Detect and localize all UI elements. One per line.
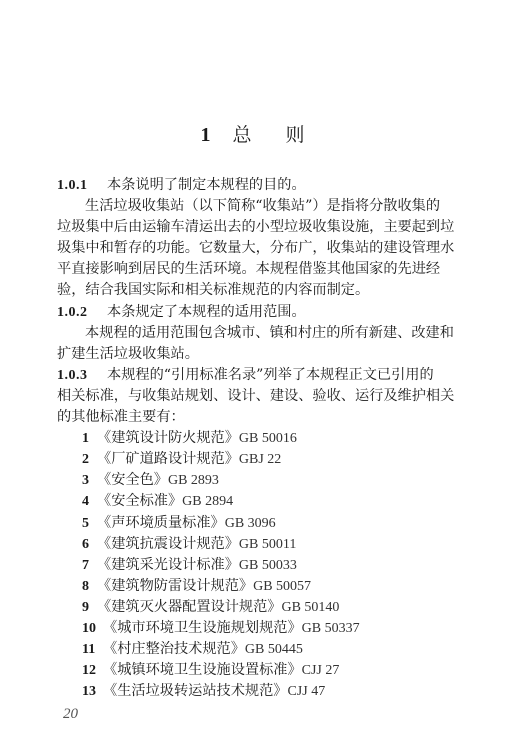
list-item: 10 《城市环境卫生设施规划规范》GB 50337: [57, 618, 449, 639]
list-item: 5 《声环境质量标准》GB 3096: [57, 513, 449, 534]
list-number: 6: [82, 534, 89, 555]
standard-title: 《城市环境卫生设施规划规范》: [103, 620, 302, 636]
document-page: 1总则 1.0.1本条说明了制定本规程的目的。 生活垃圾收集站（以下简称“收集站…: [0, 0, 505, 756]
standard-code: GB 3096: [225, 516, 276, 531]
standard-title: 《声环境质量标准》: [97, 515, 225, 531]
standard-title: 《建筑设计防火规范》: [97, 430, 239, 446]
list-number: 5: [82, 513, 89, 534]
standard-title: 《建筑物防雷设计规范》: [97, 578, 253, 594]
list-number: 4: [82, 491, 89, 512]
chapter-number: 1: [200, 124, 210, 146]
clause-number: 1.0.1: [57, 175, 107, 196]
paragraph-line: 相关标准，与收集站规划、设计、建设、验收、运行及维护相关: [57, 386, 449, 407]
standard-code: GBJ 22: [239, 452, 281, 467]
paragraph-line: 扩建生活垃圾收集站。: [57, 344, 449, 365]
clause-number: 1.0.2: [57, 302, 107, 323]
list-number: 11: [82, 639, 95, 660]
list-number: 3: [82, 470, 89, 491]
clause-heading-text: 本条说明了制定本规程的目的。: [107, 177, 306, 193]
list-item: 2 《厂矿道路设计规范》GBJ 22: [57, 449, 449, 470]
list-number: 12: [82, 660, 96, 681]
chapter-title-char-1: 总: [232, 124, 251, 146]
clause-heading: 1.0.2本条规定了本规程的适用范围。: [57, 302, 449, 323]
standard-title: 《村庄整治技术规范》: [103, 641, 245, 657]
list-number: 2: [82, 449, 89, 470]
paragraph-line: 平直接影响到居民的生活环境。本规程借鉴其他国家的先进经: [57, 259, 449, 280]
standard-code: GB 2893: [168, 473, 219, 488]
standard-title: 《建筑灭火器配置设计规范》: [97, 599, 281, 615]
paragraph-line: 圾集中和暂存的功能。它数量大，分布广，收集站的建设管理水: [57, 238, 449, 259]
list-item: 1 《建筑设计防火规范》GB 50016: [57, 428, 449, 449]
standard-title: 《安全色》: [97, 472, 168, 488]
list-item: 6 《建筑抗震设计规范》GB 50011: [57, 534, 449, 555]
list-number: 9: [82, 597, 89, 618]
standard-title: 《厂矿道路设计规范》: [97, 451, 239, 467]
list-item: 13 《生活垃圾转运站技术规范》CJJ 47: [57, 681, 449, 702]
paragraph-line: 验，结合我国实际和相关标准规范的内容而制定。: [57, 280, 449, 301]
standard-title: 《城镇环境卫生设施设置标准》: [103, 662, 302, 678]
list-item: 9 《建筑灭火器配置设计规范》GB 50140: [57, 597, 449, 618]
list-number: 8: [82, 576, 89, 597]
chapter-title: 1总则: [0, 122, 505, 148]
paragraph-line: 的其他标准主要有：: [57, 407, 449, 428]
document-body: 1.0.1本条说明了制定本规程的目的。 生活垃圾收集站（以下简称“收集站”）是指…: [57, 175, 449, 702]
list-item: 8 《建筑物防雷设计规范》GB 50057: [57, 576, 449, 597]
standard-code: GB 2894: [182, 494, 233, 509]
standards-list: 1 《建筑设计防火规范》GB 50016 2 《厂矿道路设计规范》GBJ 22 …: [57, 428, 449, 702]
list-number: 7: [82, 555, 89, 576]
list-item: 11 《村庄整治技术规范》GB 50445: [57, 639, 449, 660]
standard-code: GB 50337: [302, 621, 360, 636]
list-item: 7 《建筑采光设计标准》GB 50033: [57, 555, 449, 576]
list-number: 13: [82, 681, 96, 702]
standard-code: GB 50445: [245, 642, 303, 657]
list-item: 3 《安全色》GB 2893: [57, 470, 449, 491]
clause-heading: 1.0.3本规程的“引用标准名录”列举了本规程正文已引用的: [57, 365, 449, 386]
standard-code: GB 50033: [239, 558, 297, 573]
standard-code: GB 50011: [239, 537, 296, 552]
clause-number: 1.0.3: [57, 365, 107, 386]
standard-title: 《建筑采光设计标准》: [97, 557, 239, 573]
standard-code: CJJ 47: [287, 684, 325, 699]
standard-title: 《安全标准》: [97, 493, 182, 509]
list-number: 1: [82, 428, 89, 449]
standard-code: GB 50140: [281, 600, 339, 615]
page-number: 20: [63, 706, 78, 723]
clause-heading: 1.0.1本条说明了制定本规程的目的。: [57, 175, 449, 196]
standard-code: GB 50016: [239, 431, 297, 446]
clause-heading-text: 本规程的“引用标准名录”列举了本规程正文已引用的: [107, 367, 434, 383]
standard-title: 《生活垃圾转运站技术规范》: [103, 683, 287, 699]
standard-title: 《建筑抗震设计规范》: [97, 536, 239, 552]
clause-heading-text: 本条规定了本规程的适用范围。: [107, 304, 306, 320]
list-item: 4 《安全标准》GB 2894: [57, 491, 449, 512]
chapter-title-char-2: 则: [286, 124, 305, 146]
paragraph-line: 垃圾集中后由运输车清运出去的小型垃圾收集设施，主要起到垃: [57, 217, 449, 238]
paragraph-line: 本规程的适用范围包含城市、镇和村庄的所有新建、改建和: [57, 323, 449, 344]
list-item: 12 《城镇环境卫生设施设置标准》CJJ 27: [57, 660, 449, 681]
standard-code: CJJ 27: [302, 663, 340, 678]
paragraph-line: 生活垃圾收集站（以下简称“收集站”）是指将分散收集的: [57, 196, 449, 217]
list-number: 10: [82, 618, 96, 639]
standard-code: GB 50057: [253, 579, 311, 594]
